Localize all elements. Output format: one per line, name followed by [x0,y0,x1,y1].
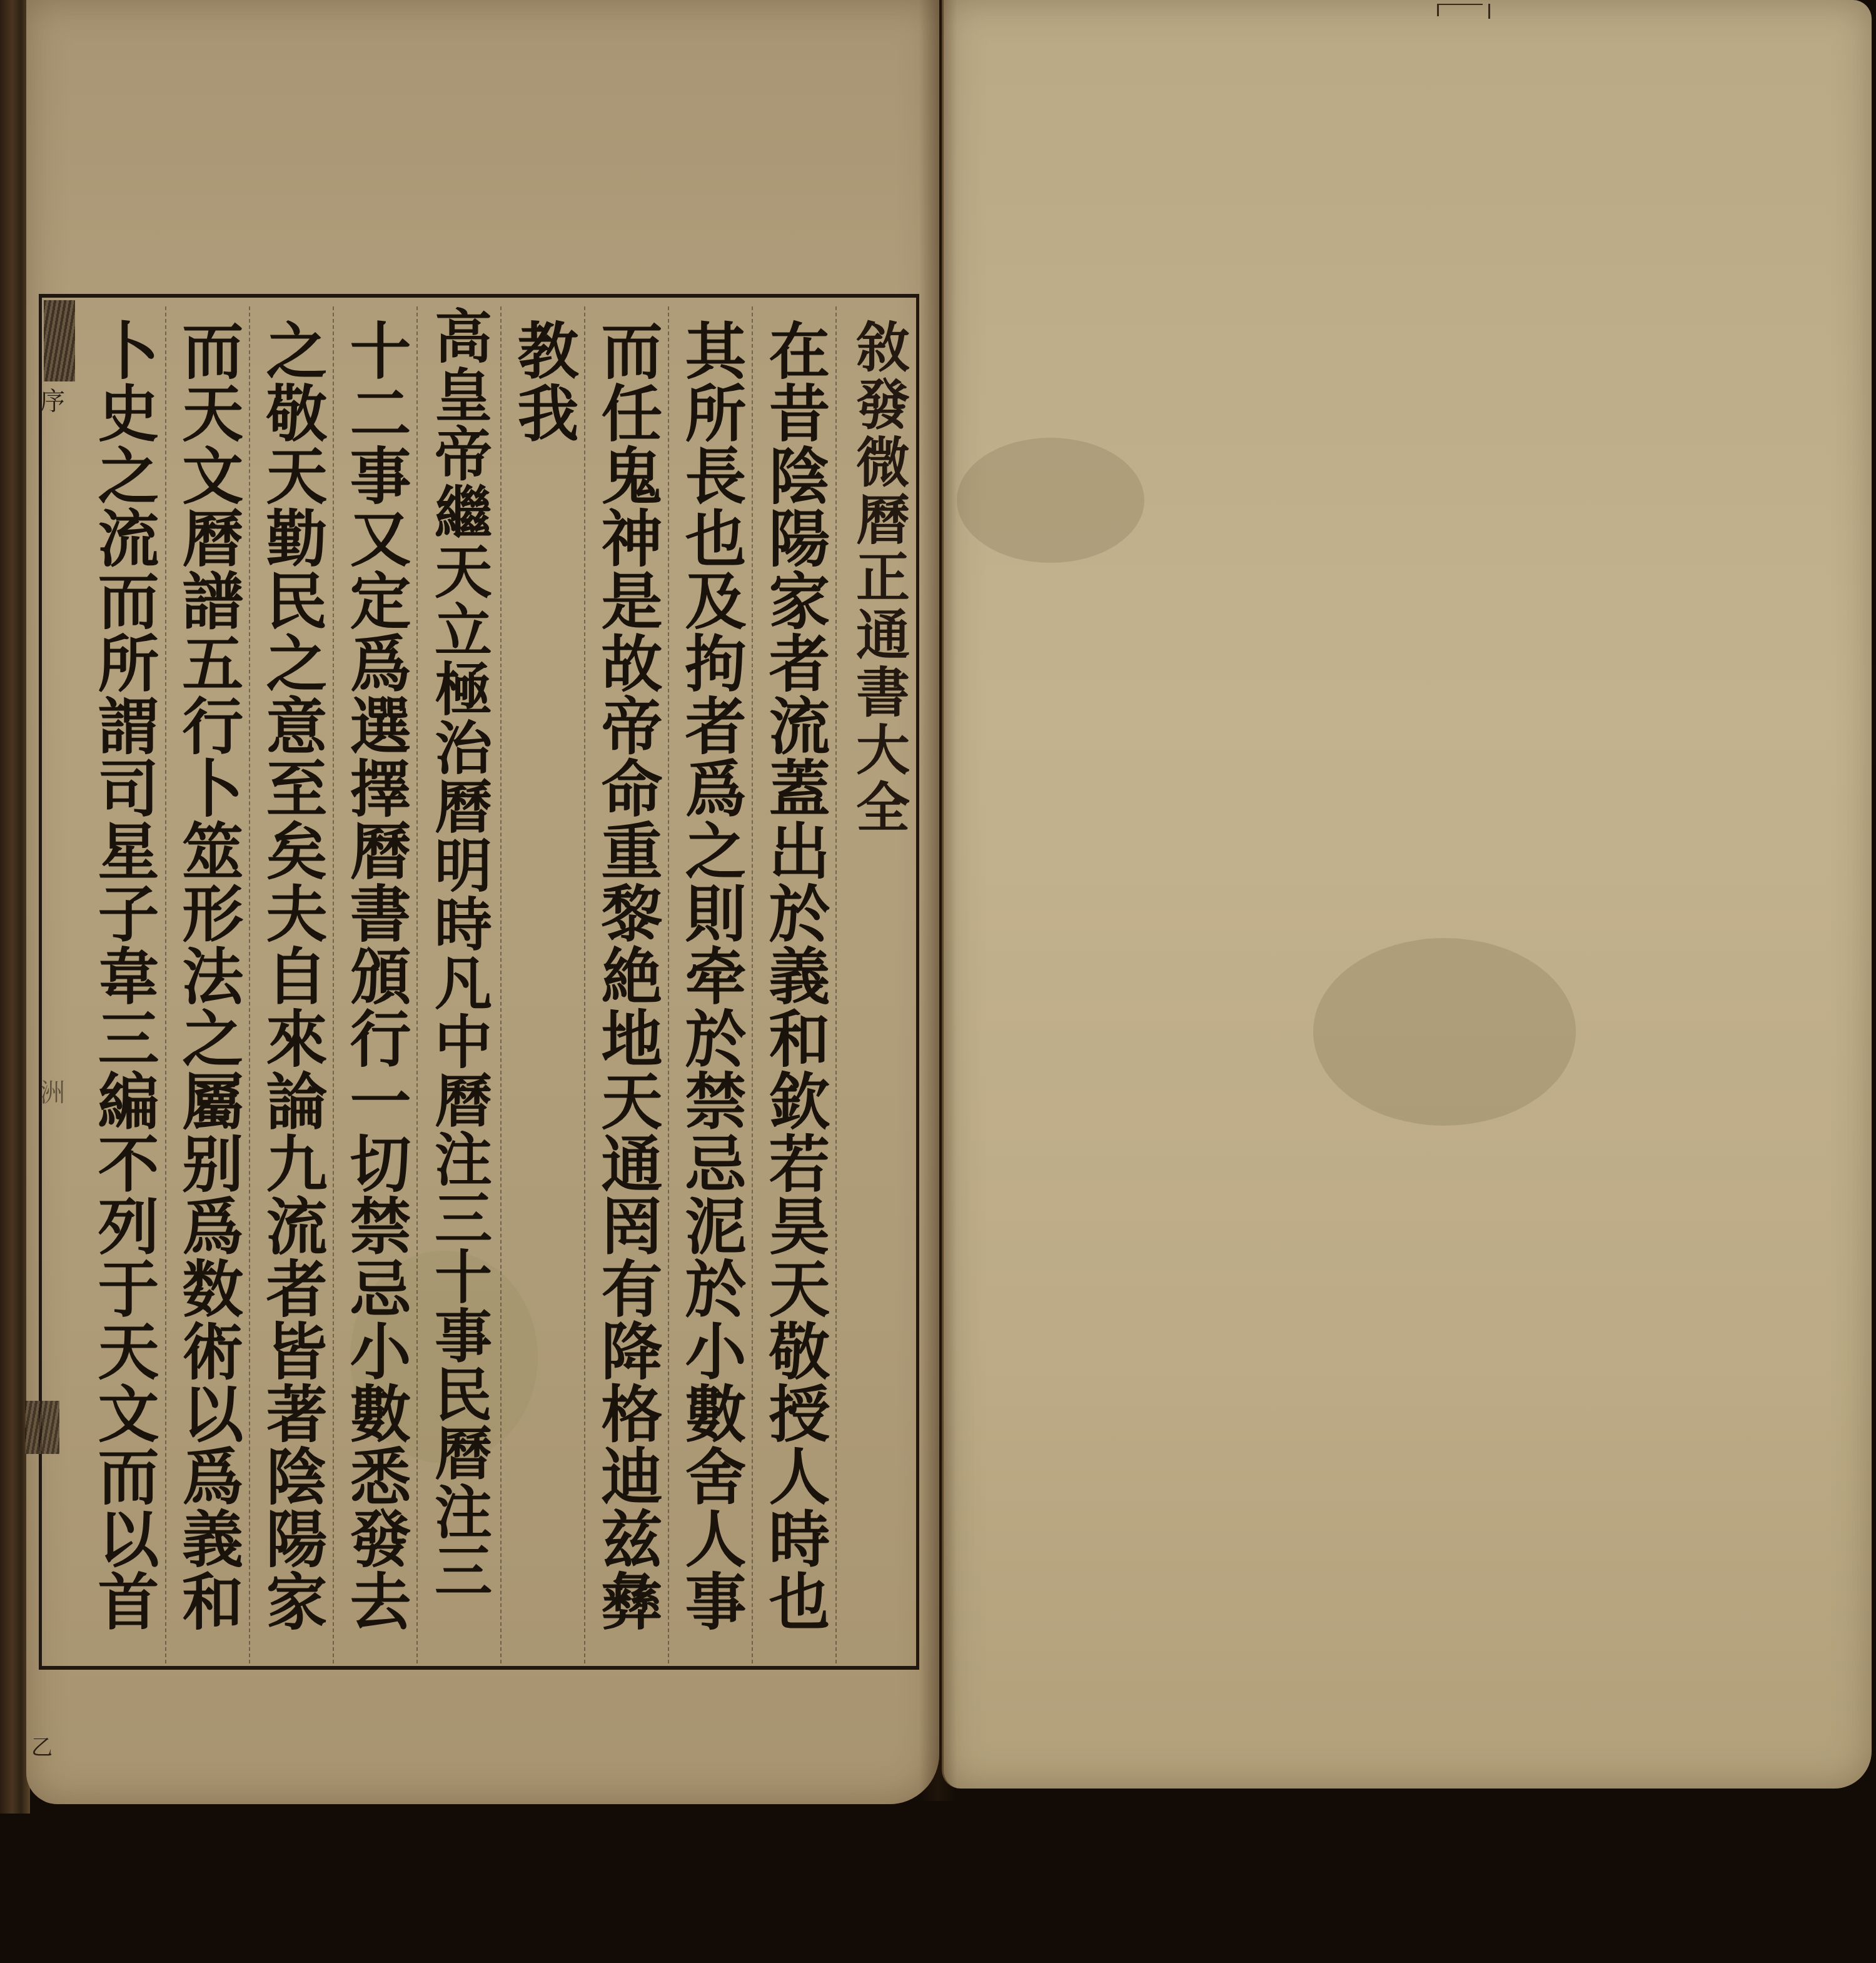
column-text: 而任鬼神是故帝命重黎絶地天通罔有降格迪兹彝 [596,319,657,1632]
column-text: 之敬天勤民之意至矣夫自來論九流者皆著陰陽家 [261,319,322,1632]
paper-stain [957,438,1144,563]
text-column: 之敬天勤民之意至矣夫自來論九流者皆著陰陽家 [249,306,333,1663]
text-column: 高皇帝繼天立極治曆明時凡中曆注三十事民曆注三 [416,306,500,1663]
block-center-margin [39,294,83,1670]
column-text: 在昔陰陽家者流蓋出於義和欽若昊天敬授人時也 [764,319,825,1632]
title-column: 敘發微曆正通書大全 [835,306,919,1663]
text-column: 其所長也及拘者爲之則牵於禁忌泥於小數舍人事 [668,306,752,1663]
fishtail-mark-top [44,300,75,381]
top-edge-mark [1437,4,1483,16]
gutter-shadow [919,0,957,1801]
column-text: 高皇帝繼天立極治曆明時凡中曆注三十事民曆注三 [430,306,488,1600]
text-column: 而任鬼神是故帝命重黎絶地天通罔有降格迪兹彝 [584,306,668,1663]
text-column: 而天文曆譜五行卜筮形法之屬别爲数術以爲義和 [165,306,249,1663]
book-binding-edge [0,0,30,1814]
column-text: 其所長也及拘者爲之則牵於禁忌泥於小數舍人事 [680,319,741,1632]
text-column: 教我 [500,306,584,1663]
margin-leaf-marker: 乙 [31,1737,53,1759]
text-column: 在昔陰陽家者流蓋出於義和欽若昊天敬授人時也 [752,306,835,1663]
margin-partial-char: 洲 [40,1081,65,1106]
margin-section-label: 序 [40,389,65,414]
text-column: 十二事又定爲選擇曆書頒行一切禁忌小數悉發去 [333,306,416,1663]
paper-stain [1313,938,1576,1126]
book-title: 敘發微曆正通書大全 [851,319,905,837]
column-text: 卜史之流而所謂司星子韋三編不列于天文而以首 [93,319,154,1632]
text-columns: 敘發微曆正通書大全 在昔陰陽家者流蓋出於義和欽若昊天敬授人時也 其所長也及拘者爲… [81,306,919,1663]
column-text: 教我 [512,319,573,444]
text-column: 卜史之流而所謂司星子韋三編不列于天文而以首 [81,306,165,1663]
fishtail-mark-bottom [25,1401,59,1454]
column-text: 十二事又定爲選擇曆書頒行一切禁忌小數悉發去 [345,319,406,1632]
top-edge-mark-line [1488,4,1490,19]
right-page-blank [942,0,1872,1789]
column-text: 而天文曆譜五行卜筮形法之屬别爲数術以爲義和 [177,319,238,1632]
